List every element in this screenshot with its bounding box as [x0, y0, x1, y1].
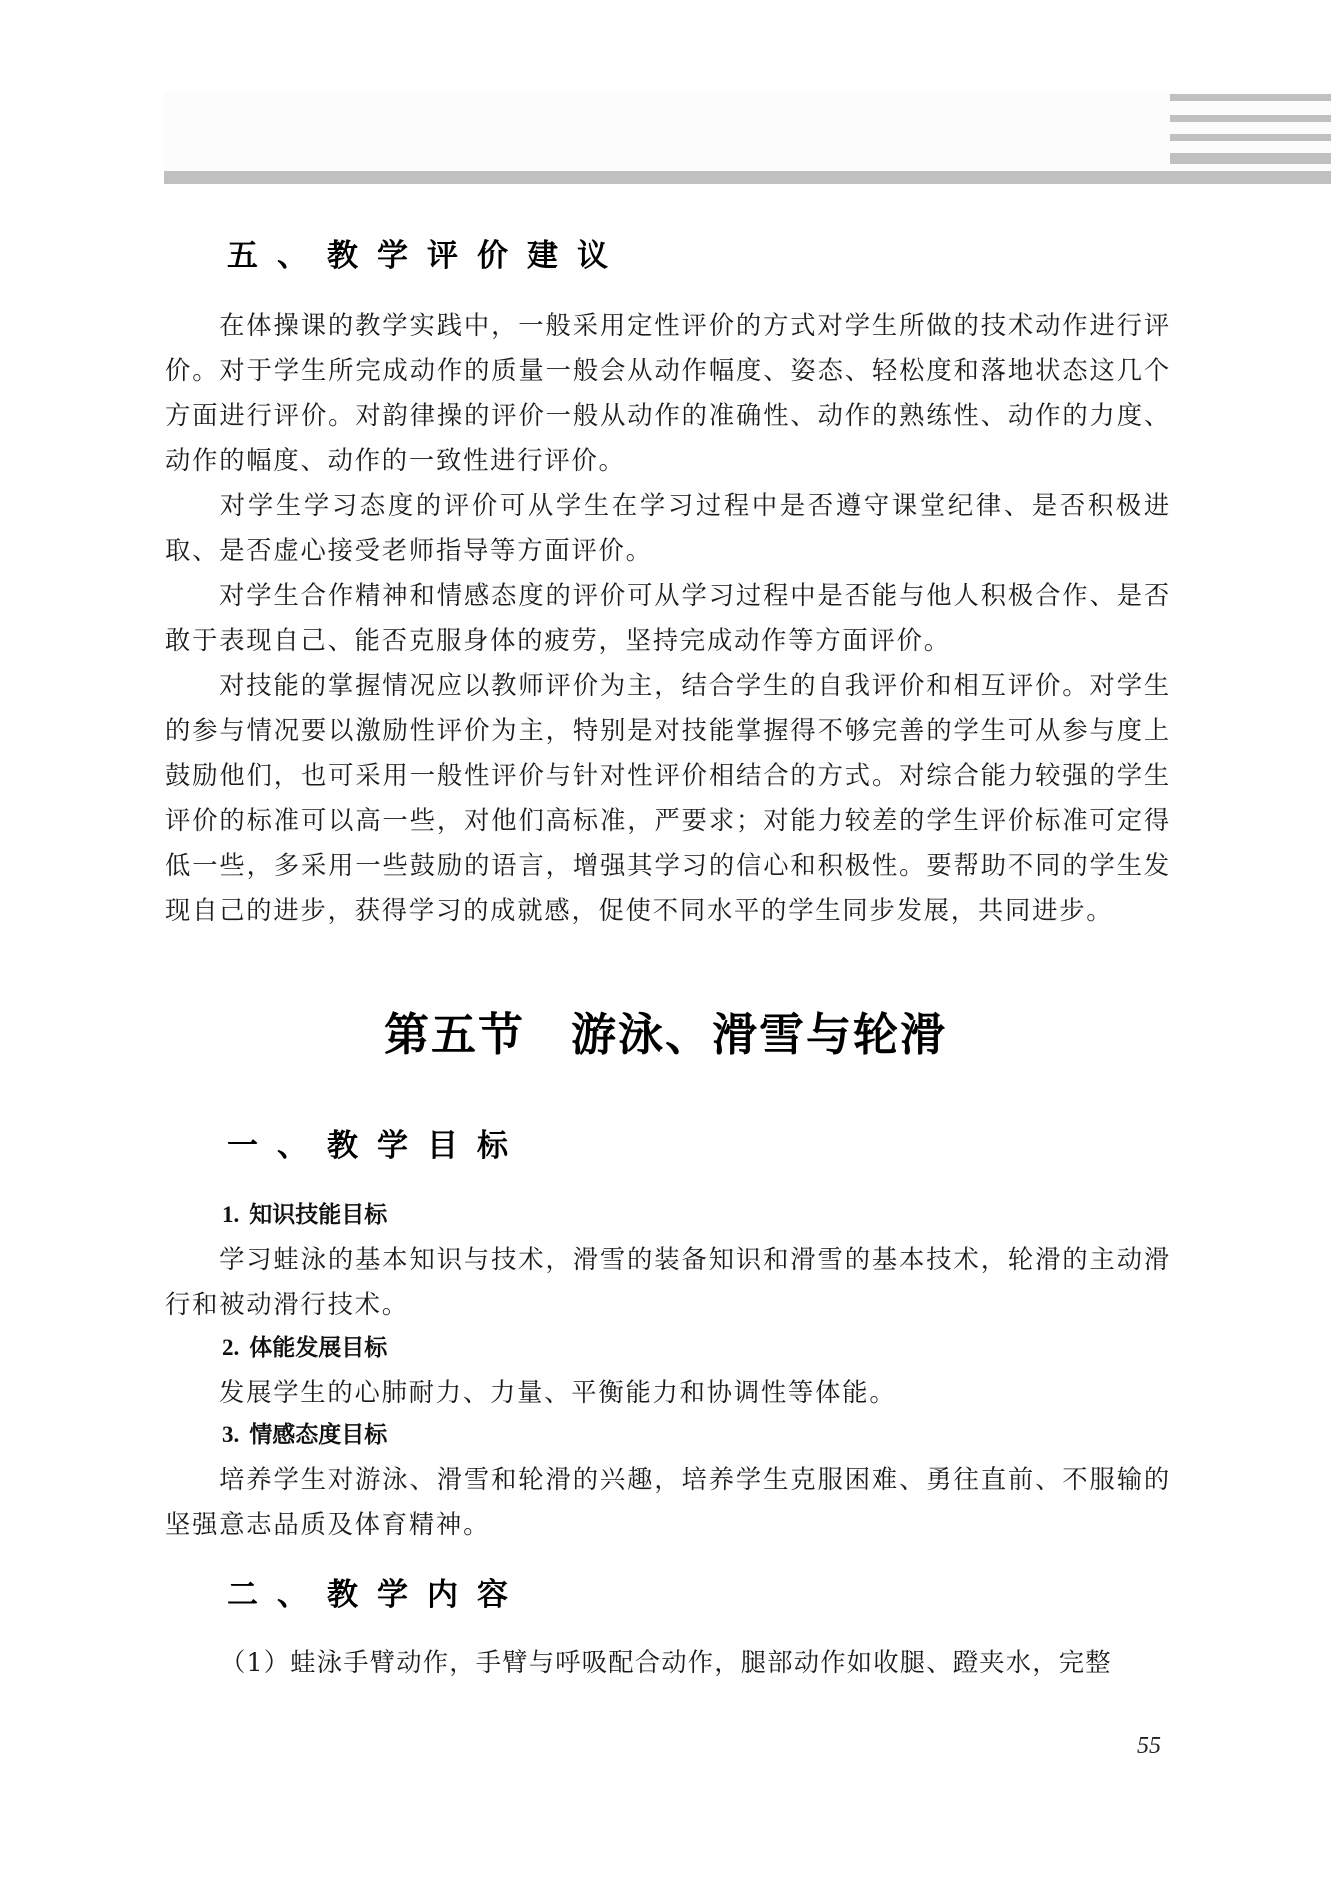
section-number: 第五节 — [384, 1008, 525, 1061]
paragraph-text: 学习蛙泳的基本知识与技术，滑雪的装备知识和滑雪的基本技术，轮滑的主动滑行和被动滑… — [165, 1245, 1171, 1319]
paragraph-text: 对学生合作精神和情感态度的评价可从学习过程中是否能与他人积极合作、是否敢于表现自… — [165, 581, 1171, 655]
section-heading-content: 二、教学内容 — [227, 1577, 527, 1613]
paragraph-text: 培养学生对游泳、滑雪和轮滑的兴趣，培养学生克服困难、勇往直前、不服输的坚强意志品… — [165, 1465, 1171, 1539]
paragraph-text: 发展学生的心肺耐力、力量、平衡能力和协调性等体能。 — [219, 1378, 896, 1407]
goal-heading: 1.知识技能目标 — [222, 1200, 387, 1230]
paragraph-text: 对学生学习态度的评价可从学生在学习过程中是否遵守课堂纪律、是否积极进取、是否虚心… — [165, 491, 1171, 565]
paragraph-text: 对技能的掌握情况应以教师评价为主，结合学生的自我评价和相互评价。对学生的参与情况… — [165, 671, 1171, 925]
goal-heading: 2.体能发展目标 — [222, 1333, 387, 1363]
section-title: 第五节游泳、滑雪与轮滑 — [0, 1005, 1331, 1065]
paragraph: 在体操课的教学实践中，一般采用定性评价的方式对学生所做的技术动作进行评价。对于学… — [165, 303, 1171, 483]
goal-number: 1. — [222, 1202, 239, 1227]
paragraph: 对学生合作精神和情感态度的评价可从学习过程中是否能与他人积极合作、是否敢于表现自… — [165, 573, 1171, 663]
header-stripe — [1170, 134, 1331, 141]
paragraph-text: 在体操课的教学实践中，一般采用定性评价的方式对学生所做的技术动作进行评价。对于学… — [165, 311, 1171, 475]
goal-text: 学习蛙泳的基本知识与技术，滑雪的装备知识和滑雪的基本技术，轮滑的主动滑行和被动滑… — [165, 1237, 1171, 1327]
goal-title: 体能发展目标 — [249, 1335, 387, 1361]
goal-number: 2. — [222, 1335, 239, 1360]
goal-heading: 3.情感态度目标 — [222, 1420, 387, 1450]
paragraph: 对技能的掌握情况应以教师评价为主，结合学生的自我评价和相互评价。对学生的参与情况… — [165, 663, 1171, 933]
page-header-band — [164, 93, 1331, 171]
paragraph: 对学生学习态度的评价可从学生在学习过程中是否遵守课堂纪律、是否积极进取、是否虚心… — [165, 483, 1171, 573]
section-name: 游泳、滑雪与轮滑 — [571, 1008, 947, 1061]
goal-text: 培养学生对游泳、滑雪和轮滑的兴趣，培养学生克服困难、勇往直前、不服输的坚强意志品… — [165, 1457, 1171, 1547]
page-number: 55 — [1137, 1733, 1161, 1760]
header-stripe — [1170, 115, 1331, 122]
goal-number: 3. — [222, 1422, 239, 1447]
section-heading-goals: 一、教学目标 — [227, 1128, 527, 1164]
header-stripe — [1170, 153, 1331, 164]
content-item: （1）蛙泳手臂动作，手臂与呼吸配合动作，腿部动作如收腿、蹬夹水，完整 — [220, 1640, 1171, 1685]
goal-title: 情感态度目标 — [249, 1422, 387, 1448]
goal-text: 发展学生的心肺耐力、力量、平衡能力和协调性等体能。 — [165, 1370, 1171, 1415]
header-stripe — [1170, 94, 1331, 101]
goal-title: 知识技能目标 — [249, 1202, 387, 1228]
page-header-rule — [164, 171, 1331, 184]
section-heading-evaluation: 五、教学评价建议 — [227, 238, 627, 274]
